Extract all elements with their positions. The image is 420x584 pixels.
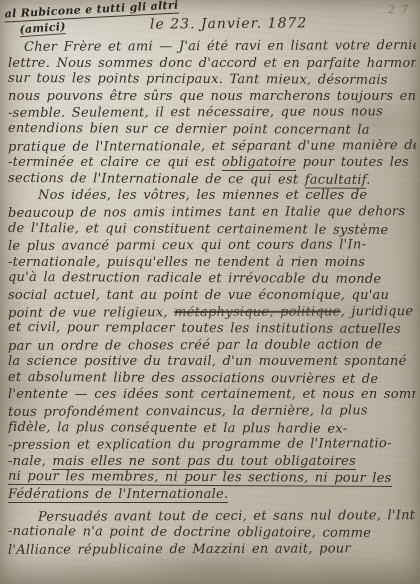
handwritten-text: -pression et explication du programme de… [8, 436, 392, 453]
letter-line: et absolument libre des associations ouv… [8, 370, 416, 389]
letter-line: le plus avancé parmi ceux qui ont cours … [8, 237, 416, 255]
handwritten-text: fidèle, la plus conséquente et la plus h… [8, 420, 347, 437]
handwritten-text: la science positive du travail, d'un mou… [8, 354, 407, 369]
annotation-line2: (amici) [19, 21, 66, 37]
handwritten-text: Nos idées, les vôtres, les miennes et ce… [38, 188, 367, 203]
handwritten-text: tous profondément convaincus, la dernièr… [8, 403, 368, 420]
handwritten-text: sections de l'Internationale de ce qui e… [8, 171, 305, 188]
letter-line: Nos idées, les vôtres, les miennes et ce… [8, 188, 416, 205]
handwritten-text: et absolument libre des associations ouv… [8, 370, 378, 387]
letter-line: -pression et explication du programme de… [8, 436, 416, 454]
handwritten-text: Persuadés avant tout de ceci, et sans nu… [38, 508, 416, 525]
letter-line: Fédérations de l'Internationale. [8, 487, 416, 504]
letter-body: Cher Frère et ami — J'ai été ravi en lis… [8, 39, 416, 558]
letter-line: l'entente — ces idées sont certainement,… [8, 387, 416, 404]
letter-line: sur tous les points principaux. Tant mie… [8, 71, 416, 90]
handwritten-text: sur tous les points principaux. Tant mie… [8, 71, 388, 88]
handwritten-text: entendions bien sur ce dernier point con… [8, 121, 370, 138]
handwritten-text: de l'Italie, et qui constituent certaine… [8, 220, 388, 237]
letter-line: qu'à la destruction radicale et irrévoca… [8, 270, 416, 289]
handwritten-text: nous pouvons être sûrs que nous marchero… [8, 89, 416, 104]
letter-line: ni pour les membres, ni pour les section… [8, 469, 416, 488]
letter-line: sections de l'Internationale de ce qui e… [8, 171, 416, 190]
letter-line: -nale, mais elles ne sont pas du tout ob… [8, 454, 416, 471]
handwritten-text: pour toutes les [296, 155, 409, 170]
letter-line: -terminée et claire ce qui est obligatoi… [8, 155, 416, 172]
crossed-out-phrase: métaphysique, politique [174, 304, 341, 320]
letter-line: Cher Frère et ami — J'ai été ravi en lis… [8, 38, 416, 56]
letter-line: nous pouvons être sûrs que nous marchero… [8, 89, 416, 106]
handwritten-text: . [366, 173, 370, 188]
handwritten-text: par un ordre de choses créé par la doubl… [8, 337, 382, 354]
letter-line: tous profondément convaincus, la dernièr… [8, 403, 416, 421]
handwritten-text: l'Alliance républicaine de Mazzini en av… [8, 541, 351, 557]
letter-line: entendions bien sur ce dernier point con… [8, 121, 416, 140]
handwritten-text: , juridique [341, 304, 414, 319]
letter-line: -nationale n'a point de doctrine obligat… [8, 524, 416, 543]
handwritten-text: -terminée et claire ce qui est [8, 155, 222, 170]
letter-line: par un ordre de choses créé par la doubl… [8, 337, 416, 355]
handwritten-text: -ternationale, puisqu'elles ne tendent à… [8, 255, 365, 270]
underlined-phrase: mais elles ne sont pas du tout obligatoi… [52, 454, 356, 470]
letter-line: pratique de l'Internationale, et séparan… [8, 138, 416, 156]
letter-scan-page: al Rubicone e tutti gli altri (amici) 27… [0, 0, 420, 584]
handwritten-text: pratique de l'Internationale, et séparan… [8, 138, 416, 155]
underlined-phrase: facultatif [305, 172, 367, 188]
handwritten-text: le plus avancé parmi ceux qui ont cours … [8, 237, 366, 254]
letter-line: l'Alliance républicaine de Mazzini en av… [8, 541, 416, 559]
handwritten-text: beaucoup de nos amis intimes tant en Ita… [8, 204, 405, 221]
handwritten-text: -nale, [8, 454, 52, 469]
letter-line: la science positive du travail, d'un mou… [8, 354, 416, 371]
underlined-phrase: Fédérations de l'Internationale. [8, 487, 228, 503]
underlined-phrase: obligatoire [222, 155, 296, 171]
handwritten-text: social actuel, tant au point de vue écon… [8, 288, 389, 303]
handwritten-text: -nationale n'a point de doctrine obligat… [8, 524, 371, 541]
letter-line: beaucoup de nos amis intimes tant en Ita… [8, 204, 416, 222]
letter-line: lettre. Nous sommes donc d'accord et en … [8, 56, 416, 73]
handwritten-text: l'entente — ces idées sont certainement,… [8, 387, 416, 402]
letter-line: et civil, pour remplacer toutes les inst… [8, 320, 416, 339]
letter-line: -semble. Seulement, il est nécessaire, q… [8, 104, 416, 122]
letter-date: le 23. Janvier. 1872 [150, 15, 307, 32]
handwritten-text: lettre. Nous sommes donc d'accord et en … [8, 56, 416, 71]
letter-line: social actuel, tant au point de vue écon… [8, 288, 416, 305]
letter-line: point de vue religieux, métaphysique, po… [8, 304, 416, 322]
handwritten-text: Cher Frère et ami — J'ai été ravi en lis… [24, 38, 416, 55]
handwritten-text: qu'à la destruction radicale et irrévoca… [8, 270, 381, 287]
letter-line: -ternationale, puisqu'elles ne tendent à… [8, 255, 416, 272]
handwritten-text: -semble. Seulement, il est nécessaire, q… [8, 105, 383, 122]
handwritten-text: et civil, pour remplacer toutes les inst… [8, 320, 401, 337]
handwritten-text: point de vue religieux, [8, 305, 174, 321]
page-number-mark: 27 [388, 3, 414, 16]
underlined-phrase: ni pour les membres, ni pour les section… [8, 469, 392, 487]
